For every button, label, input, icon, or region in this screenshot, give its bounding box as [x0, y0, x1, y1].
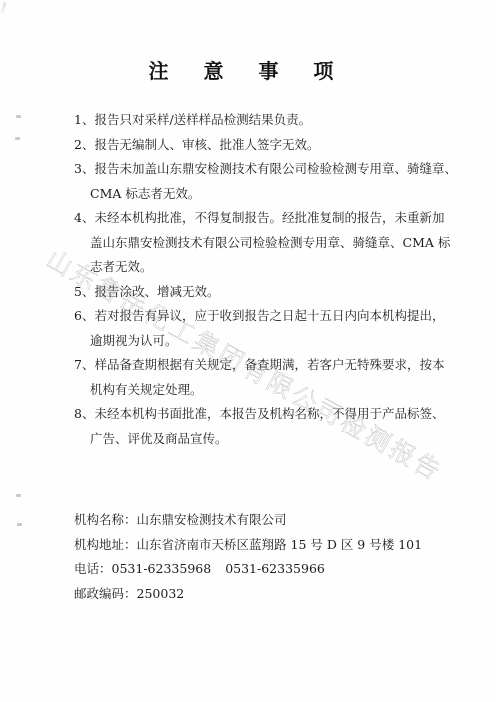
notice-item-1: 1、报告只对采样/送样样品检测结果负责。	[74, 108, 444, 133]
notice-item-2: 2、报告无编制人、审核、批准人签字无效。	[74, 133, 444, 158]
notice-line-continued: 广告、评优及商品宣传。	[74, 427, 444, 452]
notice-line: 4、未经本机构批准，不得复制报告。经批准复制的报告，未重新加	[74, 206, 444, 231]
scan-corner-mark	[0, 2, 6, 14]
org-name-row: 机构名称：山东鼎安检测技术有限公司	[74, 508, 454, 533]
org-address-row: 机构地址：山东省济南市天桥区蓝翔路 15 号 D 区 9 号楼 101	[74, 533, 454, 558]
org-postcode-value: 250032	[137, 586, 185, 601]
org-phone-row: 电话：0531-623359680531-62335966	[74, 557, 454, 582]
notice-item-3: 3、报告未加盖山东鼎安检测技术有限公司检验检测专用章、骑缝章、 CMA 标志者无…	[74, 157, 444, 206]
notice-line: 2、报告无编制人、审核、批准人签字无效。	[74, 133, 444, 158]
org-postcode-label: 邮政编码：	[74, 586, 137, 601]
org-phone-1: 0531-62335968	[112, 561, 212, 576]
org-address-value: 山东省济南市天桥区蓝翔路 15 号 D 区 9 号楼 101	[137, 537, 423, 552]
page-title: 注 意 事 项	[0, 55, 496, 84]
notice-line-continued: 机构有关规定处理。	[74, 378, 444, 403]
notice-line: 6、若对报告有异议，应于收到报告之日起十五日内向本机构提出，	[74, 304, 444, 329]
org-name-value: 山东鼎安检测技术有限公司	[137, 512, 287, 527]
org-phone-2: 0531-62335966	[225, 561, 325, 576]
org-name-label: 机构名称：	[74, 512, 137, 527]
notice-list: 1、报告只对采样/送样样品检测结果负责。 2、报告无编制人、审核、批准人签字无效…	[74, 108, 444, 451]
org-phone-label: 电话：	[74, 561, 112, 576]
binding-hole-mark	[15, 137, 20, 140]
notice-line-continued: 盖山东鼎安检测技术有限公司检验检测专用章、骑缝章、CMA 标	[74, 231, 444, 256]
org-postcode-row: 邮政编码：250032	[74, 582, 454, 607]
notice-line-continued: 志者无效。	[74, 255, 444, 280]
binding-hole-mark	[16, 494, 21, 497]
notice-line-continued: 逾期视为认可。	[74, 329, 444, 354]
notice-item-5: 5、报告涂改、增减无效。	[74, 280, 444, 305]
notice-item-4: 4、未经本机构批准，不得复制报告。经批准复制的报告，未重新加 盖山东鼎安检测技术…	[74, 206, 444, 280]
notice-item-8: 8、未经本机构书面批准，本报告及机构名称，不得用于产品标签、 广告、评优及商品宣…	[74, 402, 444, 451]
notice-line: 3、报告未加盖山东鼎安检测技术有限公司检验检测专用章、骑缝章、	[74, 157, 444, 182]
notice-line: 1、报告只对采样/送样样品检测结果负责。	[74, 108, 444, 133]
binding-hole-mark	[16, 115, 21, 118]
org-address-label: 机构地址：	[74, 537, 137, 552]
notice-line: 8、未经本机构书面批准，本报告及机构名称，不得用于产品标签、	[74, 402, 444, 427]
notice-line: 5、报告涂改、增减无效。	[74, 280, 444, 305]
notice-line-continued: CMA 标志者无效。	[74, 182, 444, 207]
organization-info: 机构名称：山东鼎安检测技术有限公司 机构地址：山东省济南市天桥区蓝翔路 15 号…	[74, 508, 454, 606]
notice-item-6: 6、若对报告有异议，应于收到报告之日起十五日内向本机构提出， 逾期视为认可。	[74, 304, 444, 353]
binding-hole-mark	[17, 523, 22, 526]
notice-item-7: 7、样品备查期根据有关规定，备查期满，若客户无特殊要求，按本 机构有关规定处理。	[74, 353, 444, 402]
notice-line: 7、样品备查期根据有关规定，备查期满，若客户无特殊要求，按本	[74, 353, 444, 378]
document-page: 注 意 事 项 1、报告只对采样/送样样品检测结果负责。 2、报告无编制人、审核…	[0, 0, 496, 702]
